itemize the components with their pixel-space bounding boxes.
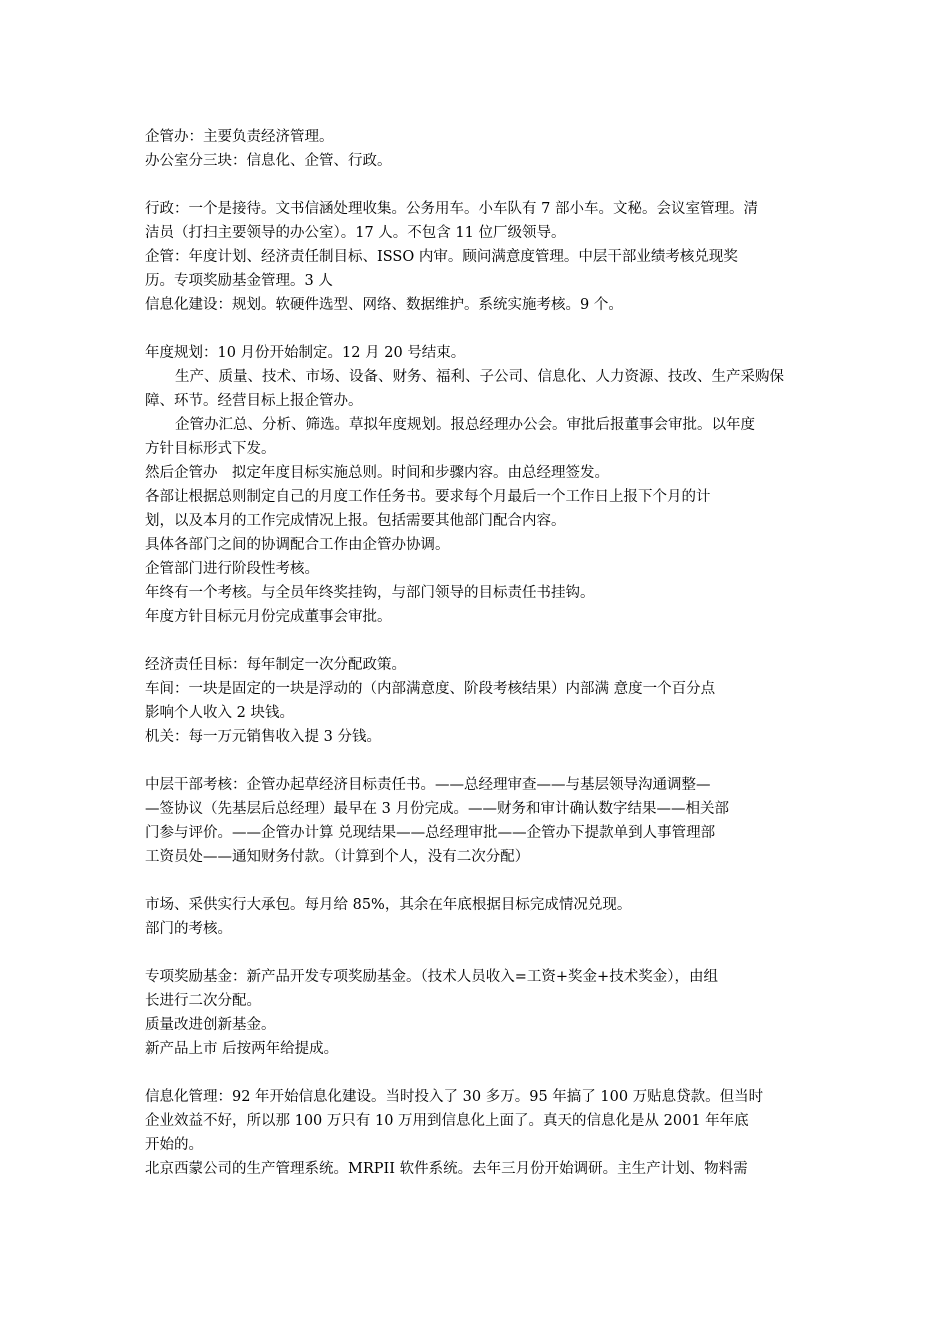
text-line: 划，以及本月的工作完成情况上报。包括需要其他部门配合内容。 [145, 509, 815, 533]
text-line: 中层干部考核：企管办起草经济目标责任书。——总经理审查——与基层领导沟通调整— [145, 773, 815, 797]
blank-line [145, 869, 815, 893]
text-line: 经济责任目标：每年制定一次分配政策。 [145, 653, 815, 677]
text-line: 企管部门进行阶段性考核。 [145, 557, 815, 581]
text-line: 方针目标形式下发。 [145, 437, 815, 461]
text-line: 生产、质量、技术、市场、设备、财务、福利、子公司、信息化、人力资源、技改、生产采… [145, 365, 815, 389]
text-line: 企管办：主要负责经济管理。 [145, 125, 815, 149]
text-line: 影响个人收入 2 块钱。 [145, 701, 815, 725]
text-line: 车间：一块是固定的一块是浮动的（内部满意度、阶段考核结果）内部满 意度一个百分点 [145, 677, 815, 701]
text-line: 年度方针目标元月份完成董事会审批。 [145, 605, 815, 629]
text-line: 年度规划：10 月份开始制定。12 月 20 号结束。 [145, 341, 815, 365]
text-line: 历。专项奖励基金管理。3 人 [145, 269, 815, 293]
text-line: 然后企管办 拟定年度目标实施总则。时间和步骤内容。由总经理签发。 [145, 461, 815, 485]
text-line: 工资员处——通知财务付款。（计算到个人，没有二次分配） [145, 845, 815, 869]
blank-line [145, 1061, 815, 1085]
text-line: 障、环节。经营目标上报企管办。 [145, 389, 815, 413]
blank-line [145, 173, 815, 197]
text-line: 年终有一个考核。与全员年终奖挂钩，与部门领导的目标责任书挂钩。 [145, 581, 815, 605]
text-line: 开始的。 [145, 1133, 815, 1157]
text-line: 门参与评价。——企管办计算 兑现结果——总经理审批——企管办下提款单到人事管理部 [145, 821, 815, 845]
text-line: 机关：每一万元销售收入提 3 分钱。 [145, 725, 815, 749]
text-line: 北京西蒙公司的生产管理系统。MRPII 软件系统。去年三月份开始调研。主生产计划… [145, 1157, 815, 1181]
text-line: 企管办汇总、分析、筛选。草拟年度规划。报总经理办公会。审批后报董事会审批。以年度 [145, 413, 815, 437]
text-line: 企业效益不好，所以那 100 万只有 10 万用到信息化上面了。真天的信息化是从… [145, 1109, 815, 1133]
text-line: 信息化建设：规划。软硬件选型、网络、数据维护。系统实施考核。9 个。 [145, 293, 815, 317]
blank-line [145, 629, 815, 653]
text-line: 具体各部门之间的协调配合工作由企管办协调。 [145, 533, 815, 557]
text-line: 市场、采供实行大承包。每月给 85%，其余在年底根据目标完成情况兑现。 [145, 893, 815, 917]
text-line: 质量改进创新基金。 [145, 1013, 815, 1037]
text-line: 部门的考核。 [145, 917, 815, 941]
text-line: 新产品上市 后按两年给提成。 [145, 1037, 815, 1061]
text-line: 各部让根据总则制定自己的月度工作任务书。要求每个月最后一个工作日上报下个月的计 [145, 485, 815, 509]
text-line: 洁员（打扫主要领导的办公室）。17 人。不包含 11 位厂级领导。 [145, 221, 815, 245]
text-line: 信息化管理：92 年开始信息化建设。当时投入了 30 多万。95 年搞了 100… [145, 1085, 815, 1109]
text-line: 企管：年度计划、经济责任制目标、ISSO 内审。顾问满意度管理。中层干部业绩考核… [145, 245, 815, 269]
text-line: 专项奖励基金：新产品开发专项奖励基金。（技术人员收入=工资+奖金+技术奖金），由… [145, 965, 815, 989]
text-line: 长进行二次分配。 [145, 989, 815, 1013]
text-line: 办公室分三块：信息化、企管、行政。 [145, 149, 815, 173]
blank-line [145, 941, 815, 965]
blank-line [145, 317, 815, 341]
text-line: —签协议（先基层后总经理）最早在 3 月份完成。——财务和审计确认数字结果——相… [145, 797, 815, 821]
document-page: 企管办：主要负责经济管理。 办公室分三块：信息化、企管、行政。 行政：一个是接待… [145, 125, 815, 1181]
text-line: 行政：一个是接待。文书信涵处理收集。公务用车。小车队有 7 部小车。文秘。会议室… [145, 197, 815, 221]
blank-line [145, 749, 815, 773]
